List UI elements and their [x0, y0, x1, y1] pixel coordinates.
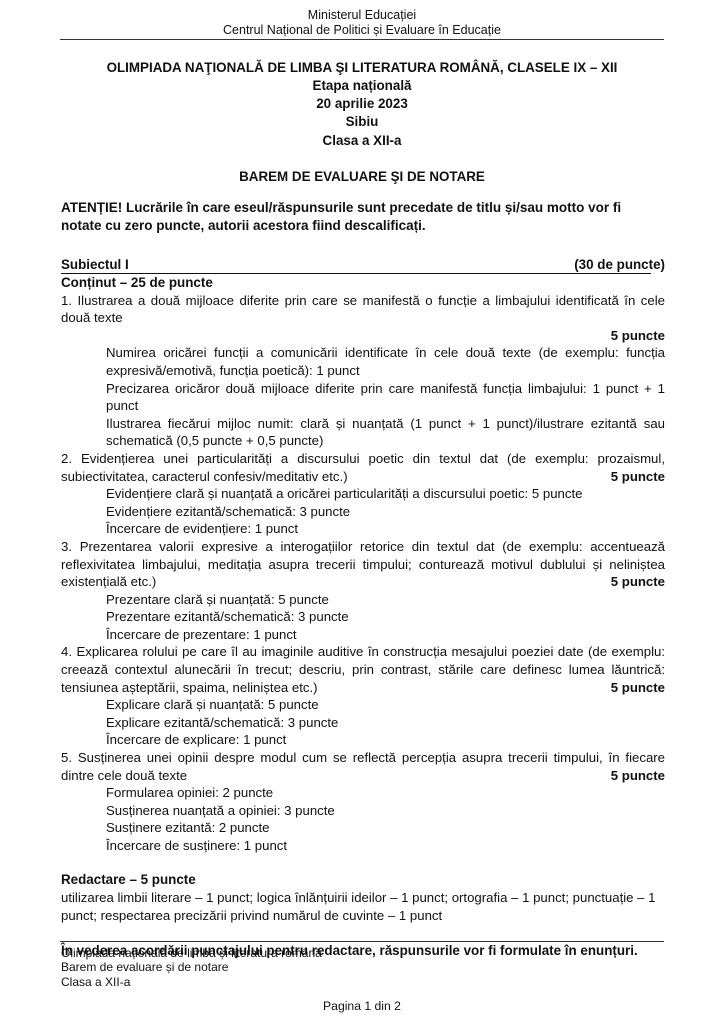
scoring-rule: Susținerea nuanțată a opiniei: 3 puncte — [61, 802, 665, 820]
scoring-rule: Evidențiere clară și nuanțată a oricărei… — [61, 485, 665, 503]
page-number: Pagina 1 din 2 — [0, 999, 724, 1013]
scoring-rule: Ilustrarea fiecărui mijloc numit: clară … — [61, 415, 665, 450]
ministry-name: Ministerul Educației — [0, 8, 724, 23]
criterion-item: 5. Susținerea unei opinii despre modul c… — [61, 749, 665, 784]
grade-title: Clasa a XII-a — [0, 133, 724, 148]
exam-city: Sibiu — [0, 113, 724, 131]
scoring-rule: Precizarea oricăror două mijloace diferi… — [61, 380, 665, 415]
criterion-points: 5 puncte — [611, 679, 665, 697]
stage-title: Etapa națională — [0, 77, 724, 95]
olympiad-title: OLIMPIADA NAŢIONALĂ DE LIMBA ŞI LITERATU… — [0, 59, 724, 77]
page-footer: Olimpiada națională de limba și literatu… — [61, 946, 322, 989]
center-name: Centrul Național de Politici și Evaluare… — [0, 23, 724, 38]
header-divider — [60, 39, 664, 40]
criterion-text: 2. Evidențierea unei particularități a d… — [61, 451, 665, 484]
criterion-item: 4. Explicarea rolului pe care îl au imag… — [61, 643, 665, 696]
redactare-text: utilizarea limbii literare – 1 punct; lo… — [61, 889, 665, 925]
criterion-points: 5 puncte — [611, 328, 665, 343]
subject-heading: Subiectul I (30 de puncte) — [61, 256, 651, 274]
footer-line-2: Barem de evaluare și de notare — [61, 960, 322, 974]
criterion-item: 1. Ilustrarea a două mijloace diferite p… — [61, 292, 665, 345]
criterion-text: 5. Susținerea unei opinii despre modul c… — [61, 750, 665, 783]
document-type-title: BAREM DE EVALUARE ŞI DE NOTARE — [0, 169, 724, 184]
scoring-rule: Evidențiere ezitantă/schematică: 3 punct… — [61, 503, 665, 521]
criteria-list: 1. Ilustrarea a două mijloace diferite p… — [61, 292, 665, 855]
scoring-rule: Încercare de evidențiere: 1 punct — [61, 520, 665, 538]
subject-name: Subiectul I — [61, 256, 129, 273]
footer-divider — [60, 941, 664, 942]
scoring-rule: Încercare de susținere: 1 punct — [61, 837, 665, 855]
scoring-rule: Susținere ezitantă: 2 puncte — [61, 819, 665, 837]
scoring-rule: Formularea opiniei: 2 puncte — [61, 784, 665, 802]
document-page: Ministerul Educației Centrul Național de… — [0, 0, 724, 1024]
scoring-rule: Prezentare ezitantă/schematică: 3 puncte — [61, 608, 665, 626]
content-heading: Conținut – 25 de puncte — [61, 274, 665, 292]
criterion-item: 3. Prezentarea valorii expresive a inter… — [61, 538, 665, 591]
criterion-text: 4. Explicarea rolului pe care îl au imag… — [61, 644, 665, 694]
redactare-heading: Redactare – 5 puncte — [61, 871, 665, 889]
main-content: ATENȚIE! Lucrările în care eseul/răspuns… — [61, 199, 665, 960]
page-header: Ministerul Educației Centrul Național de… — [0, 8, 724, 38]
footer-line-3: Clasa a XII-a — [61, 975, 322, 989]
criterion-points: 5 puncte — [611, 767, 665, 785]
criterion-item: 2. Evidențierea unei particularități a d… — [61, 450, 665, 485]
footer-line-1: Olimpiada națională de limba și literatu… — [61, 946, 322, 960]
criterion-points: 5 puncte — [611, 573, 665, 591]
scoring-rule: Încercare de explicare: 1 punct — [61, 731, 665, 749]
subject-points: (30 de puncte) — [574, 256, 665, 273]
criterion-text: 3. Prezentarea valorii expresive a inter… — [61, 539, 665, 589]
criterion-points: 5 puncte — [611, 468, 665, 486]
warning-note: ATENȚIE! Lucrările în care eseul/răspuns… — [61, 199, 665, 235]
scoring-rule: Încercare de prezentare: 1 punct — [61, 626, 665, 644]
title-block: OLIMPIADA NAŢIONALĂ DE LIMBA ŞI LITERATU… — [0, 59, 724, 131]
scoring-rule: Numirea oricărei funcții a comunicării i… — [61, 344, 665, 379]
scoring-rule: Explicare clară și nuanțată: 5 puncte — [61, 696, 665, 714]
criterion-text: 1. Ilustrarea a două mijloace diferite p… — [61, 293, 665, 326]
scoring-rule: Prezentare clară și nuanțată: 5 puncte — [61, 591, 665, 609]
exam-date: 20 aprilie 2023 — [0, 95, 724, 113]
scoring-rule: Explicare ezitantă/schematică: 3 puncte — [61, 714, 665, 732]
